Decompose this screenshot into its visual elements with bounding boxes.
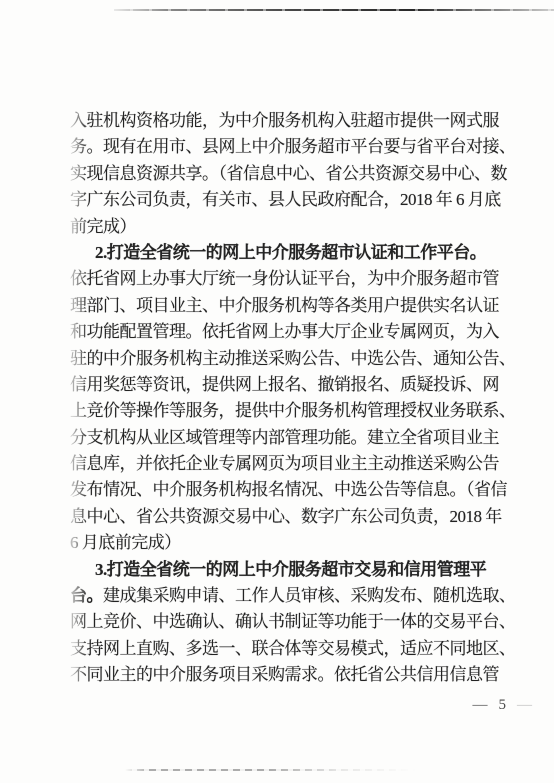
- text-line: 入驻机构资格功能，为中介服务机构入驻超市提供一网式服: [70, 108, 500, 134]
- text-line: 理部门、项目业主、中介服务机构等各类用户提供实名认证: [70, 293, 500, 319]
- section-heading-continuation: 台。: [70, 586, 103, 605]
- text-line: 台。建成集采购申请、工作人员审核、采购发布、随机选取、: [70, 583, 500, 609]
- text-line: 信息库，并依托企业专属网页为项目业主主动推送采购公告: [70, 451, 500, 477]
- page-number-left-dash: —: [473, 697, 488, 713]
- text-line: 6 月底前完成）: [70, 530, 500, 556]
- page-number-right-dash: —: [517, 697, 532, 713]
- text-line: 信用奖惩等资讯，提供网上报名、撤销报名、质疑投诉、网: [70, 372, 500, 398]
- scan-artifact-bottom-line: [125, 769, 415, 771]
- page-number-value: 5: [499, 697, 507, 714]
- text-line: 务。现有在用市、县网上中介服务超市平台要与省平台对接、: [70, 134, 500, 160]
- document-body-text: 入驻机构资格功能，为中介服务机构入驻超市提供一网式服务。现有在用市、县网上中介服…: [70, 108, 500, 689]
- text-line: 实现信息资源共享。（省信息中心、省公共资源交易中心、数: [70, 161, 500, 187]
- text-line: 不同业主的中介服务项目采购需求。依托省公共信用信息管: [70, 662, 500, 688]
- text-line: 驻的中介服务机构主动推送采购公告、中选公告、通知公告、: [70, 346, 500, 372]
- text-line: 息中心、省公共资源交易中心、数字广东公司负责，2018 年: [70, 504, 500, 530]
- text-line: 和功能配置管理。依托省网上办事大厅企业专属网页，为入: [70, 319, 500, 345]
- text-line: 发布情况、中介服务机构报名情况、中选公告等信息。（省信: [70, 477, 500, 503]
- text-line: 前完成）: [70, 214, 500, 240]
- text-line: 分支机构从业区域管理等内部管理功能。建立全省项目业主: [70, 425, 500, 451]
- text-line: 依托省网上办事大厅统一身份认证平台，为中介服务超市管: [70, 266, 500, 292]
- text-line: 支持网上直购、多选一、联合体等交易模式，适应不同地区、: [70, 636, 500, 662]
- section-heading-line: 3.打造全省统一的网上中介服务超市交易和信用管理平: [70, 557, 500, 583]
- text-line: 上竞价等操作等服务，提供中介服务机构管理授权业务联系、: [70, 398, 500, 424]
- section-heading-line: 2.打造全省统一的网上中介服务超市认证和工作平台。: [70, 240, 500, 266]
- text-line: 网上竞价、中选确认、确认书制证等功能于一体的交易平台、: [70, 609, 500, 635]
- scan-artifact-top-line: [114, 9, 554, 11]
- text-line: 字广东公司负责，有关市、县人民政府配合，2018 年 6 月底: [70, 187, 500, 213]
- page-number: —5—: [473, 697, 533, 714]
- scanned-document-page: 入驻机构资格功能，为中介服务机构入驻超市提供一网式服务。现有在用市、县网上中介服…: [0, 0, 554, 783]
